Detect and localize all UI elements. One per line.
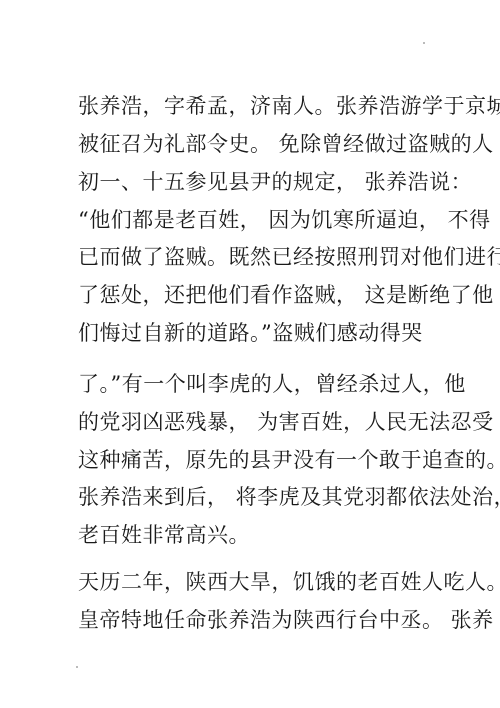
text-line: 张养浩来到后， 将李虎及其党羽都依法处治， — [78, 483, 500, 511]
text-line: 初一、十五参见县尹的规定， 张养浩说： — [78, 168, 472, 196]
scan-speck — [76, 666, 78, 668]
text-line: 们悔过自新的道路。”盗贼们感动得哭 — [78, 319, 423, 347]
text-line: 了惩处，还把他们看作盗贼， 这是断绝了他 — [78, 281, 494, 309]
text-line: 张养浩，字希孟，济南人。张养浩游学于京城， — [78, 92, 500, 120]
text-line: 的党羽凶恶残暴， 为害百姓，人民无法忍受 — [78, 408, 494, 436]
text-line: 天历二年，陕西大旱，饥饿的老百姓人吃人。 — [78, 568, 500, 596]
text-line: 皇帝特地任命张养浩为陕西行台中丞。 张养 — [78, 606, 494, 634]
text-line: 老百姓非常高兴。 — [78, 521, 250, 549]
text-line: 这种痛苦，原先的县尹没有一个敢于追查的。 — [78, 446, 500, 474]
text-line: 了。”有一个叫李虎的人，曾经杀过人，他 — [78, 370, 466, 398]
text-line: 被征召为礼部令史。 免除曾经做过盗贼的人 — [78, 130, 494, 158]
text-line: 已而做了盗贼。既然已经按照刑罚对他们进行 — [78, 243, 500, 271]
scan-speck — [423, 42, 425, 44]
text-line: “他们都是老百姓， 因为饥寒所逼迫， 不得 — [78, 206, 491, 234]
